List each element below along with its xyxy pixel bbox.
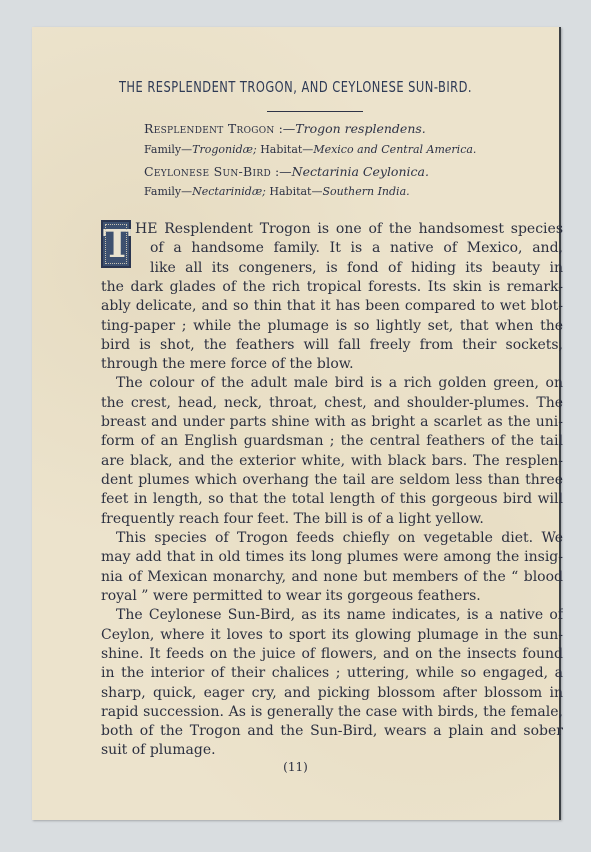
body-line: shine. It feeds on the juice of flowers,… (101, 645, 563, 663)
body-line: This species of Trogon feeds chiefly on … (116, 529, 563, 547)
document-page: THE RESPLENDENT TROGON, AND CEYLONESE SU… (32, 27, 561, 820)
page-title: THE RESPLENDENT TROGON, AND CEYLONESE SU… (79, 78, 511, 96)
body-line: The Ceylonese Sun-Bird, as its name indi… (116, 606, 563, 624)
body-line: The colour of the adult male bird is a r… (116, 374, 563, 392)
species-heading-sunbird: Ceylonese Sun-Bird :—Nectarinia Ceylonic… (144, 164, 429, 179)
common-name: Ceylonese Sun-Bird (144, 164, 271, 179)
title-divider (267, 111, 363, 112)
scientific-name: Nectarinia Ceylonica. (292, 164, 429, 179)
family-label: Family— (144, 185, 192, 198)
body-line: breast and under parts shine with as bri… (101, 413, 563, 431)
body-line: are black, and the exterior white, with … (101, 452, 563, 470)
body-line: nia of Mexican monarchy, and none but me… (101, 568, 563, 586)
body-line: sharp, quick, eager cry, and picking blo… (101, 684, 563, 702)
body-line: of a handsome family. It is a native of … (150, 239, 563, 257)
body-line: royal ” were permitted to wear its gorge… (101, 587, 563, 605)
species-heading-trogon: Resplendent Trogon :—Trogon resplendens. (144, 121, 426, 136)
body-line: form of an English guardsman ; the centr… (101, 432, 563, 450)
body-line: feet in length, so that the total length… (101, 490, 563, 508)
page-number: (11) (32, 760, 559, 774)
body-line: suit of plumage. (101, 741, 563, 759)
body-line: the crest, head, neck, throat, chest, an… (101, 394, 563, 412)
body-line: HE Resplendent Trogon is one of the hand… (135, 220, 563, 238)
family-name: Nectarinidæ; (192, 185, 266, 198)
habitat-value: Mexico and Central America. (313, 143, 476, 156)
family-name: Trogonidæ; (192, 143, 257, 156)
body-line: both of the Trogon and the Sun-Bird, wea… (101, 722, 563, 740)
body-line: Ceylon, where it loves to sport its glow… (101, 626, 563, 644)
separator: :— (271, 164, 292, 179)
body-line: frequently reach four feet. The bill is … (101, 510, 563, 528)
family-label: Family— (144, 143, 192, 156)
habitat-value: Southern India. (322, 185, 409, 198)
common-name: Resplendent Trogon (144, 121, 275, 136)
separator: :— (275, 121, 296, 136)
body-line: through the mere force of the blow. (101, 355, 563, 373)
body-line: ably delicate, and so thin that it has b… (101, 297, 563, 315)
scientific-name: Trogon resplendens. (295, 121, 425, 136)
habitat-label: Habitat— (266, 185, 323, 198)
drop-cap-ornament: T (101, 220, 131, 268)
habitat-label: Habitat— (257, 143, 314, 156)
body-line: rapid succession. As is generally the ca… (101, 703, 563, 721)
body-line: bird is shot, the feathers will fall fre… (101, 336, 563, 354)
species-family-sunbird: Family—Nectarinidæ; Habitat—Southern Ind… (144, 185, 410, 198)
body-line: the dark glades of the rich tropical for… (101, 278, 563, 296)
body-line: ting-paper ; while the plumage is so lig… (101, 317, 563, 335)
body-line: may add that in old times its long plume… (101, 548, 563, 566)
species-family-trogon: Family—Trogonidæ; Habitat—Mexico and Cen… (144, 143, 476, 156)
body-line: in the interior of their chalices ; utte… (101, 664, 563, 682)
body-line: dent plumes which overhang the tail are … (101, 471, 563, 489)
body-line: like all its congeners, is fond of hidin… (150, 259, 563, 277)
